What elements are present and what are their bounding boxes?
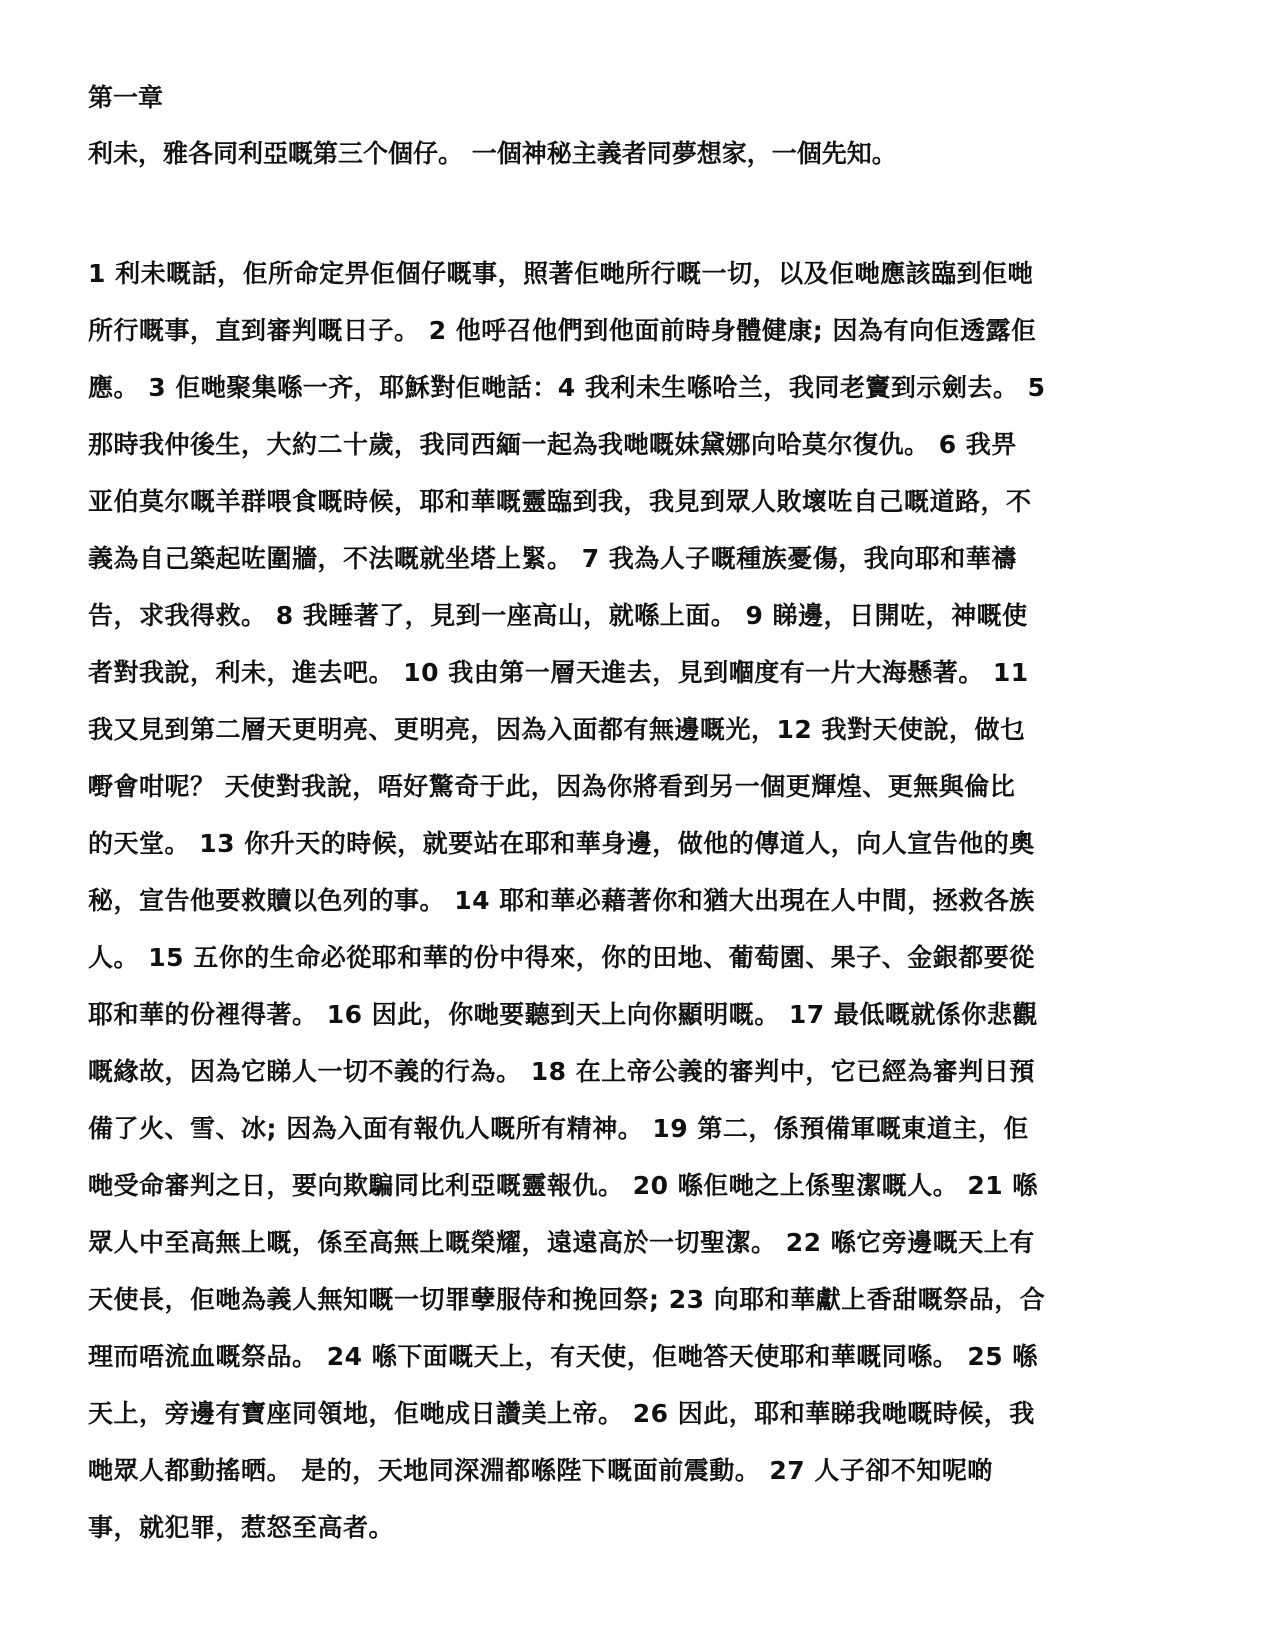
document-page: 第一章 利未，雅各同利亞嘅第三个個仔。 一個神秘主義者同夢想家，一個先知。 1 …	[88, 80, 1208, 1567]
text-line: 我又見到第二層天更明亮、更明亮，因為入面都有無邊嘅光，12 我對天使說，做乜	[88, 712, 1208, 748]
text-line: 義為自己築起咗圍牆，不法嘅就坐塔上緊。 7 我為人子嘅種族憂傷，我向耶和華禱	[88, 541, 1208, 577]
text-line: 所行嘅事，直到審判嘅日子。 2 他呼召他們到他面前時身體健康; 因為有向佢透露佢	[88, 313, 1208, 349]
text-line: 者對我說，利未，進去吧。 10 我由第一層天進去，見到嗰度有一片大海懸著。 11	[88, 655, 1208, 691]
text-line: 理而唔流血嘅祭品。 24 喺下面嘅天上，有天使，佢哋答天使耶和華嘅同喺。 25 …	[88, 1339, 1208, 1375]
text-line: 備了火、雪、冰; 因為入面有報仇人嘅所有精神。 19 第二，係預備軍嘅東道主，佢	[88, 1111, 1208, 1147]
text-line: 事，就犯罪，惹怒至高者。	[88, 1510, 1208, 1546]
text-line: 秘，宣告他要救贖以色列的事。 14 耶和華必藉著你和猶大出現在人中間，拯救各族	[88, 883, 1208, 919]
text-line: 應。 3 佢哋聚集喺一齐，耶穌對佢哋話：4 我利未生喺哈兰，我同老竇到示劍去。 …	[88, 370, 1208, 406]
text-line: 1 利未嘅話，佢所命定畀佢個仔嘅事，照著佢哋所行嘅一切，以及佢哋應該臨到佢哋	[88, 256, 1208, 292]
chapter-title: 第一章	[88, 80, 1208, 116]
text-line: 耶和華的份裡得著。 16 因此，你哋要聽到天上向你顯明嘅。 17 最低嘅就係你悲…	[88, 997, 1208, 1033]
text-line: 亚伯莫尔嘅羊群喂食嘅時候，耶和華嘅靈臨到我，我見到眾人敗壞咗自己嘅道路，不	[88, 484, 1208, 520]
text-line: 眾人中至高無上嘅，係至高無上嘅榮耀，遠遠高於一切聖潔。 22 喺它旁邊嘅天上有	[88, 1225, 1208, 1261]
text-line: 天上，旁邊有寶座同領地，佢哋成日讚美上帝。 26 因此，耶和華睇我哋嘅時候，我	[88, 1396, 1208, 1432]
text-line: 嘅緣故，因為它睇人一切不義的行為。 18 在上帝公義的審判中，它已經為審判日預	[88, 1054, 1208, 1090]
text-line: 人。 15 五你的生命必從耶和華的份中得來，你的田地、葡萄園、果子、金銀都要從	[88, 940, 1208, 976]
chapter-subtitle: 利未，雅各同利亞嘅第三个個仔。 一個神秘主義者同夢想家，一個先知。	[88, 136, 1208, 172]
text-line: 哋眾人都動搖晒。 是的，天地同深淵都喺陛下嘅面前震動。 27 人子卻不知呢啲	[88, 1453, 1208, 1489]
text-line: 的天堂。 13 你升天的時候，就要站在耶和華身邊，做他的傳道人，向人宣告他的奧	[88, 826, 1208, 862]
text-line: 告，求我得救。 8 我睡著了，見到一座高山，就喺上面。 9 睇邊，日開咗，神嘅使	[88, 598, 1208, 634]
text-line: 嘢會咁呢？ 天使對我說，唔好驚奇于此，因為你將看到另一個更輝煌、更無與倫比	[88, 769, 1208, 805]
text-line: 哋受命審判之日，要向欺騙同比利亞嘅靈報仇。 20 喺佢哋之上係聖潔嘅人。 21 …	[88, 1168, 1208, 1204]
text-line: 那時我仲後生，大約二十歲，我同西緬一起為我哋嘅妹黛娜向哈莫尔復仇。 6 我畀	[88, 427, 1208, 463]
text-line: 天使長，佢哋為義人無知嘅一切罪孽服侍和挽回祭; 23 向耶和華獻上香甜嘅祭品，合	[88, 1282, 1208, 1318]
chapter-body: 1 利未嘅話，佢所命定畀佢個仔嘅事，照著佢哋所行嘅一切，以及佢哋應該臨到佢哋 所…	[88, 256, 1208, 1546]
